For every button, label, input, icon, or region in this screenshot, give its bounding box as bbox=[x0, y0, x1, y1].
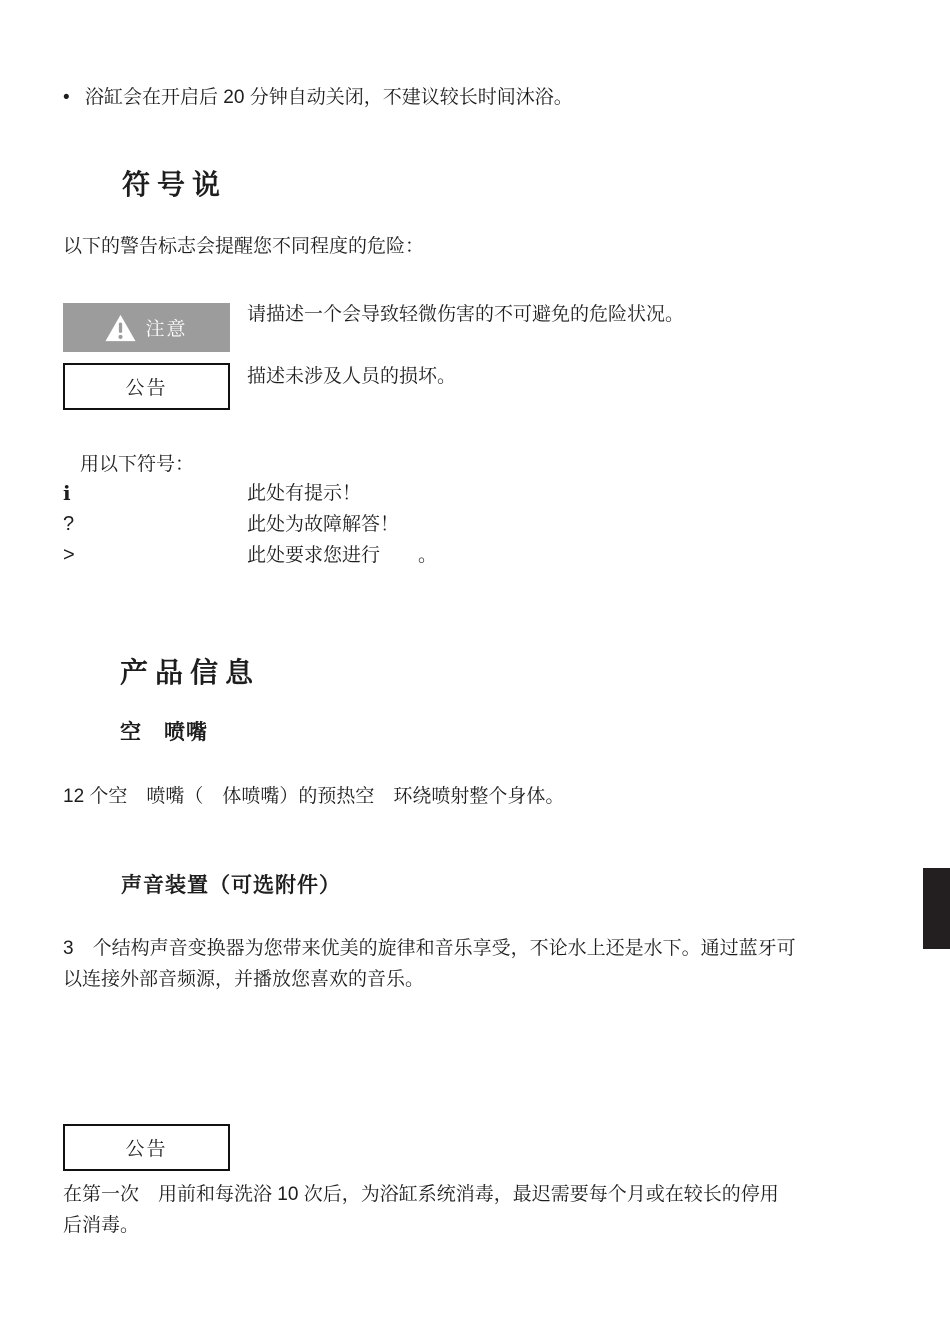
subheading-sound-device: 声音装置（可选附件） bbox=[121, 872, 341, 900]
symbol-description: 此处要求您进行 。 bbox=[247, 540, 437, 571]
symbols-intro-paragraph: 以下的警告标志会提醒您不同程度的危险： bbox=[63, 231, 763, 262]
caution-description: 请描述一个会导致轻微伤害的不可避免的危险状况。 bbox=[247, 299, 907, 330]
sound-device-paragraph: 3 个结构声音变换器为您带来优美的旋律和音乐享受，不论水上还是水下。通过蓝牙可 … bbox=[63, 933, 897, 995]
symbol-row-question: ?此处为故障解答！ bbox=[63, 509, 883, 540]
bullet-item: •浴缸会在开启后 20 分钟自动关闭，不建议较长时间沐浴。 bbox=[63, 51, 823, 113]
symbols-list-intro: 用以下符号： bbox=[80, 449, 194, 480]
caution-signal-box: 注意 bbox=[63, 303, 230, 352]
manual-page: •浴缸会在开启后 20 分钟自动关闭，不建议较长时间沐浴。 符号说 以下的警告标… bbox=[0, 0, 950, 1343]
notice-signal-box-2: 公告 bbox=[63, 1124, 230, 1171]
disinfect-paragraph: 在第一次 用前和每洗浴 10 次后，为浴缸系统消毒，最迟需要每个月或在较长的停用… bbox=[63, 1179, 897, 1241]
action-symbol: > bbox=[63, 540, 247, 571]
subheading-air-nozzles: 空 喷嘴 bbox=[120, 719, 208, 747]
notice-signal-box: 公告 bbox=[63, 363, 230, 410]
symbol-row-info: i此处有提示！ bbox=[63, 478, 883, 509]
notice-label: 公告 bbox=[125, 373, 167, 400]
symbol-description: 此处有提示！ bbox=[247, 478, 361, 509]
question-symbol: ? bbox=[63, 509, 247, 540]
air-nozzles-paragraph: 12 个空 喷嘴（ 体喷嘴）的预热空 环绕喷射整个身体。 bbox=[63, 781, 883, 812]
notice-description: 描述未涉及人员的损坏。 bbox=[247, 361, 907, 392]
section-heading-symbols: 符号说 bbox=[122, 167, 227, 203]
page-edge-tab bbox=[923, 868, 950, 949]
warning-triangle-icon bbox=[105, 314, 136, 342]
bullet-marker: • bbox=[63, 82, 85, 113]
symbol-row-action: >此处要求您进行 。 bbox=[63, 540, 883, 571]
bullet-text: 浴缸会在开启后 20 分钟自动关闭，不建议较长时间沐浴。 bbox=[85, 87, 573, 108]
symbol-description: 此处为故障解答！ bbox=[247, 509, 399, 540]
notice-label: 公告 bbox=[125, 1134, 167, 1161]
section-heading-product-info: 产品信息 bbox=[120, 655, 260, 691]
caution-label: 注意 bbox=[145, 314, 187, 341]
info-symbol: i bbox=[63, 478, 247, 509]
